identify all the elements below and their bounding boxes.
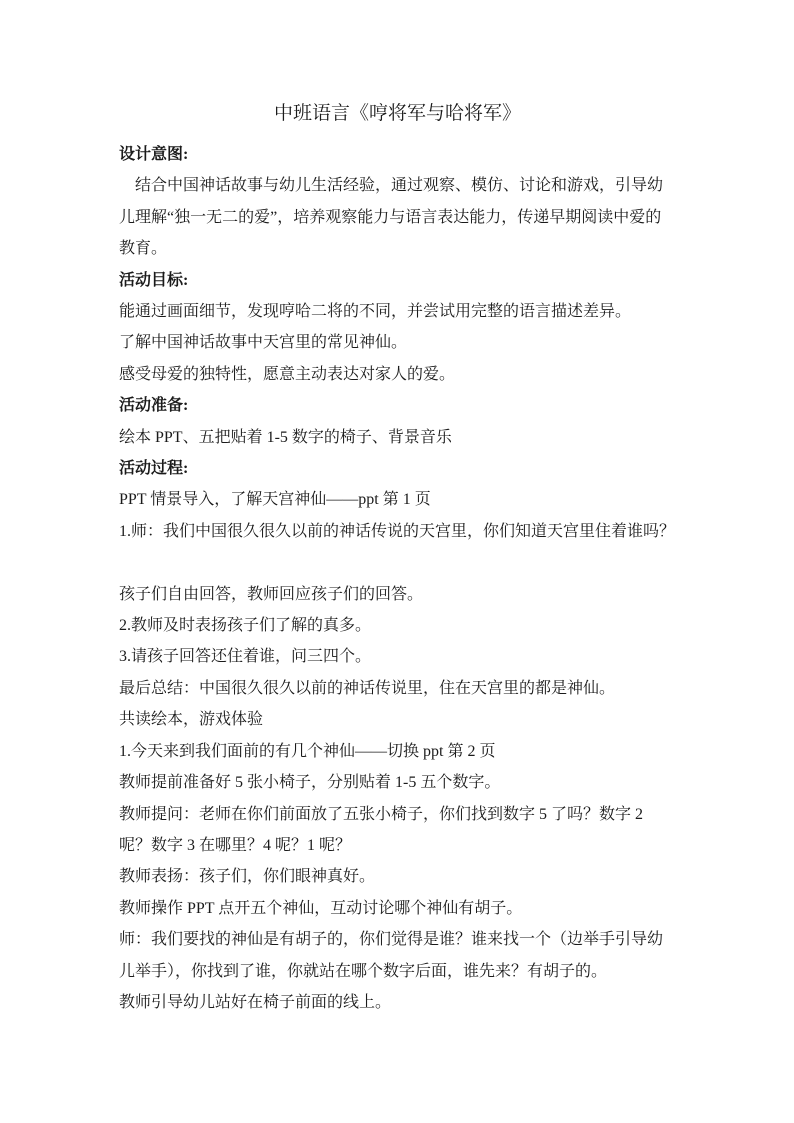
paragraph-children-answer: 孩子们自由回答，教师回应孩子们的回答。 bbox=[119, 579, 676, 610]
section-heading-activity-preparation: 活动准备: bbox=[119, 390, 676, 421]
paragraph-blank-line bbox=[119, 547, 676, 578]
paragraph-step-3: 3.请孩子回答还住着谁，问三四个。 bbox=[119, 641, 676, 672]
document-body: 设计意图: 结合中国神话故事与幼儿生活经验，通过观察、模仿、讨论和游戏，引导幼儿… bbox=[119, 139, 676, 1018]
paragraph-game-step-1: 1.今天来到我们面前的有几个神仙——切换 ppt 第 2 页 bbox=[119, 736, 676, 767]
paragraph-reading-game: 共读绘本，游戏体验 bbox=[119, 704, 676, 735]
section-heading-activity-goals: 活动目标: bbox=[119, 265, 676, 296]
paragraph-teacher-question-1: 1.师：我们中国很久很久以前的神话传说的天宫里，你们知道天宫里住着谁吗？ bbox=[119, 516, 676, 547]
document-page: 中班语言《哼将军与哈将军》 设计意图: 结合中国神话故事与幼儿生活经验，通过观察… bbox=[0, 0, 794, 1123]
paragraph-ppt-immortals: 教师操作 PPT 点开五个神仙，互动讨论哪个神仙有胡子。 bbox=[119, 893, 676, 924]
paragraph-teacher-praise: 教师表扬：孩子们，你们眼神真好。 bbox=[119, 861, 676, 892]
paragraph-stand-on-line: 教师引导幼儿站好在椅子前面的线上。 bbox=[119, 987, 676, 1018]
section-heading-activity-process: 活动过程: bbox=[119, 453, 676, 484]
paragraph-design-intent: 结合中国神话故事与幼儿生活经验，通过观察、模仿、讨论和游戏，引导幼儿理解“独一无… bbox=[119, 170, 676, 264]
document-title: 中班语言《哼将军与哈将军》 bbox=[119, 100, 676, 127]
paragraph-summary: 最后总结：中国很久很久以前的神话传说里，住在天宫里的都是神仙。 bbox=[119, 673, 676, 704]
paragraph-chairs-prepared: 教师提前准备好 5 张小椅子，分别贴着 1-5 五个数字。 bbox=[119, 767, 676, 798]
paragraph-process-intro: PPT 情景导入，了解天宫神仙——ppt 第 1 页 bbox=[119, 484, 676, 515]
paragraph-goal-1: 能通过画面细节，发现哼哈二将的不同，并尝试用完整的语言描述差异。 bbox=[119, 296, 676, 327]
paragraph-step-2: 2.教师及时表扬孩子们了解的真多。 bbox=[119, 610, 676, 641]
paragraph-preparation: 绘本 PPT、五把贴着 1-5 数字的椅子、背景音乐 bbox=[119, 422, 676, 453]
paragraph-find-beard: 师：我们要找的神仙是有胡子的，你们觉得是谁？谁来找一个（边举手引导幼儿举手），你… bbox=[119, 924, 676, 987]
section-heading-design-intent: 设计意图: bbox=[119, 139, 676, 170]
paragraph-goal-2: 了解中国神话故事中天宫里的常见神仙。 bbox=[119, 327, 676, 358]
paragraph-goal-3: 感受母爱的独特性，愿意主动表达对家人的爱。 bbox=[119, 359, 676, 390]
document-content: 中班语言《哼将军与哈将军》 设计意图: 结合中国神话故事与幼儿生活经验，通过观察… bbox=[119, 100, 676, 1018]
paragraph-teacher-ask-numbers: 教师提问：老师在你们前面放了五张小椅子，你们找到数字 5 了吗？数字 2 呢？数… bbox=[119, 799, 676, 862]
